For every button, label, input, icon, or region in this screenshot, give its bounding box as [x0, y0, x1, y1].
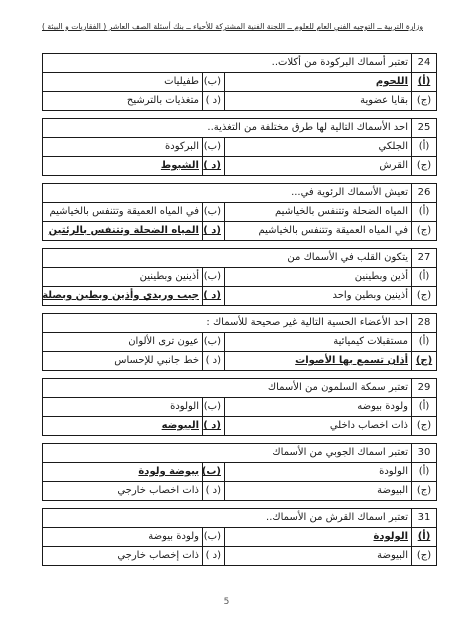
option-text: ولودة بيوضه: [225, 398, 412, 417]
question-number: 27: [412, 249, 437, 268]
options-row-2: (ج) في المياه العميقة وتتنفس بالخياشيم (…: [43, 222, 437, 241]
answer-option-text: أذان تسمع بها الأصوات: [225, 352, 412, 371]
answer-option-letter: (د ): [203, 222, 225, 241]
option-letter: (أ): [412, 398, 437, 417]
option-text: الولودة: [225, 463, 412, 482]
option-letter: (أ): [412, 463, 437, 482]
question-row: 25 احد الأسماك التالية لها طرق مختلفة من…: [43, 119, 437, 138]
options-row-2: (ج) القرش (د ) الشبوط: [43, 157, 437, 176]
question-row: 24 تعتبر أسماك البركودة من أكلات..: [43, 54, 437, 73]
options-row-1: (أ) اللحوم (ب) طفيليات: [43, 73, 437, 92]
question-row: 28 احد الأعضاء الحسية التالية غير صحيحة …: [43, 314, 437, 333]
options-row-2: (ج) البيوضة (د ) ذات اخصاب خارجي: [43, 482, 437, 501]
question-number: 26: [412, 184, 437, 203]
question-row: 27 يتكون القلب في الأسماك من: [43, 249, 437, 268]
option-letter: (ب): [203, 333, 225, 352]
question-text: تعيش الأسماك الرئوية في...: [43, 184, 412, 203]
option-text: ذات اخصاب داخلي: [225, 417, 412, 436]
option-text: البركودة: [43, 138, 203, 157]
option-text: البيوضة: [225, 482, 412, 501]
option-letter: (ج): [412, 547, 437, 566]
option-letter: (ب): [203, 138, 225, 157]
question-row: 31 تعتبر اسماك القرش من الأسماك..: [43, 509, 437, 528]
option-letter: (ب): [203, 203, 225, 222]
question-number: 25: [412, 119, 437, 138]
options-row-1: (أ) أذين وبطينين (ب) أذينين وبطينين: [43, 268, 437, 287]
option-text: ولودة بيوضة: [43, 528, 203, 547]
question-table: 28 احد الأعضاء الحسية التالية غير صحيحة …: [42, 313, 437, 371]
option-text: أذينين وبطينين: [43, 268, 203, 287]
options-row-2: (ج) ذات اخصاب داخلي (د ) البيوضه: [43, 417, 437, 436]
question-table: 25 احد الأسماك التالية لها طرق مختلفة من…: [42, 118, 437, 176]
option-letter: (د ): [203, 482, 225, 501]
option-text: متغذيات بالترشيح: [43, 92, 203, 111]
questions-container: 24 تعتبر أسماك البركودة من أكلات.. (أ) ا…: [42, 53, 437, 566]
option-letter: (د ): [203, 352, 225, 371]
option-text: طفيليات: [43, 73, 203, 92]
option-text: أذينين وبطين واحد: [225, 287, 412, 306]
answer-option-text: بيوضة ولودة: [43, 463, 203, 482]
question-text: تعتبر اسماك القرش من الأسماك..: [43, 509, 412, 528]
option-text: مستقبلات كيميائية: [225, 333, 412, 352]
question-row: 29 تعتبر سمكة السلمون من الأسماك: [43, 379, 437, 398]
option-text: أذين وبطينين: [225, 268, 412, 287]
answer-option-text: جيب وريدي وأذين وبطين وبصلة شريانية: [43, 287, 203, 306]
answer-option-text: البيوضه: [43, 417, 203, 436]
option-letter: (ب): [203, 268, 225, 287]
question-table: 29 تعتبر سمكة السلمون من الأسماك (أ) ولو…: [42, 378, 437, 436]
option-letter: (د ): [203, 92, 225, 111]
question-row: 26 تعيش الأسماك الرئوية في...: [43, 184, 437, 203]
question-number: 31: [412, 509, 437, 528]
answer-option-text: اللحوم: [225, 73, 412, 92]
option-letter: (ب): [203, 398, 225, 417]
question-table: 30 تعتبر اسماك الجوبي من الأسماك (أ) الو…: [42, 443, 437, 501]
answer-option-letter: (د ): [203, 157, 225, 176]
options-row-1: (أ) ولودة بيوضه (ب) الولودة: [43, 398, 437, 417]
question-text: احد الأعضاء الحسية التالية غير صحيحة للأ…: [43, 314, 412, 333]
question-number: 24: [412, 54, 437, 73]
option-letter: (ج): [412, 482, 437, 501]
document-page: وزارة التربية ــ التوجيه الفني العام للع…: [0, 0, 453, 640]
options-row-2: (ج) أذان تسمع بها الأصوات (د ) خط جانبي …: [43, 352, 437, 371]
option-text: الولودة: [43, 398, 203, 417]
option-letter: (أ): [412, 268, 437, 287]
question-table: 31 تعتبر اسماك القرش من الأسماك.. (أ) ال…: [42, 508, 437, 566]
question-number: 30: [412, 444, 437, 463]
options-row-2: (ج) أذينين وبطين واحد (د ) جيب وريدي وأذ…: [43, 287, 437, 306]
option-text: في المياه العميقة وتتنفس بالخياشيم: [225, 222, 412, 241]
options-row-1: (أ) الولودة (ب) بيوضة ولودة: [43, 463, 437, 482]
option-letter: (ب): [203, 528, 225, 547]
answer-option-text: المياه الضحلة وتتنفس بالرئتين: [43, 222, 203, 241]
answer-option-letter: (د ): [203, 287, 225, 306]
question-number: 28: [412, 314, 437, 333]
question-text: احد الأسماك التالية لها طرق مختلفة من ال…: [43, 119, 412, 138]
option-text: الجلكي: [225, 138, 412, 157]
question-table: 27 يتكون القلب في الأسماك من (أ) أذين وب…: [42, 248, 437, 306]
option-text: ذات إخصاب خارجي: [43, 547, 203, 566]
page-number: 5: [0, 597, 453, 607]
option-text: ذات اخصاب خارجي: [43, 482, 203, 501]
option-letter: (ب): [203, 73, 225, 92]
option-text: خط جانبي للإحساس: [43, 352, 203, 371]
question-text: تعتبر اسماك الجوبي من الأسماك: [43, 444, 412, 463]
options-row-1: (أ) الولودة (ب) ولودة بيوضة: [43, 528, 437, 547]
option-text: القرش: [225, 157, 412, 176]
options-row-1: (أ) الجلكي (ب) البركودة: [43, 138, 437, 157]
option-text: بقايا عضوية: [225, 92, 412, 111]
options-row-2: (ج) بقايا عضوية (د ) متغذيات بالترشيح: [43, 92, 437, 111]
question-number: 29: [412, 379, 437, 398]
answer-option-text: الشبوط: [43, 157, 203, 176]
option-letter: (ج): [412, 92, 437, 111]
option-letter: (أ): [412, 138, 437, 157]
option-letter: (ج): [412, 157, 437, 176]
option-letter: (ج): [412, 222, 437, 241]
option-letter: (ج): [412, 417, 437, 436]
option-letter: (ج): [412, 287, 437, 306]
question-text: يتكون القلب في الأسماك من: [43, 249, 412, 268]
question-text: تعتبر سمكة السلمون من الأسماك: [43, 379, 412, 398]
option-letter: (أ): [412, 203, 437, 222]
answer-option-letter: (أ): [412, 528, 437, 547]
option-text: البيوضة: [225, 547, 412, 566]
answer-option-letter: (أ): [412, 73, 437, 92]
option-text: في المياه العميقة وتتنفس بالخياشيم: [43, 203, 203, 222]
option-letter: (أ): [412, 333, 437, 352]
option-text: عيون ترى الألوان: [43, 333, 203, 352]
option-text: المياه الضحلة وتتنفس بالخياشيم: [225, 203, 412, 222]
answer-option-letter: (ب): [203, 463, 225, 482]
question-table: 24 تعتبر أسماك البركودة من أكلات.. (أ) ا…: [42, 53, 437, 111]
question-row: 30 تعتبر اسماك الجوبي من الأسماك: [43, 444, 437, 463]
options-row-1: (أ) مستقبلات كيميائية (ب) عيون ترى الألو…: [43, 333, 437, 352]
question-table: 26 تعيش الأسماك الرئوية في... (أ) المياه…: [42, 183, 437, 241]
question-text: تعتبر أسماك البركودة من أكلات..: [43, 54, 412, 73]
options-row-1: (أ) المياه الضحلة وتتنفس بالخياشيم (ب) ف…: [43, 203, 437, 222]
answer-option-letter: (ج): [412, 352, 437, 371]
option-letter: (د ): [203, 547, 225, 566]
options-row-2: (ج) البيوضة (د ) ذات إخصاب خارجي: [43, 547, 437, 566]
document-header: وزارة التربية ــ التوجيه الفني العام للع…: [26, 22, 439, 32]
answer-option-text: الولودة: [225, 528, 412, 547]
answer-option-letter: (د ): [203, 417, 225, 436]
